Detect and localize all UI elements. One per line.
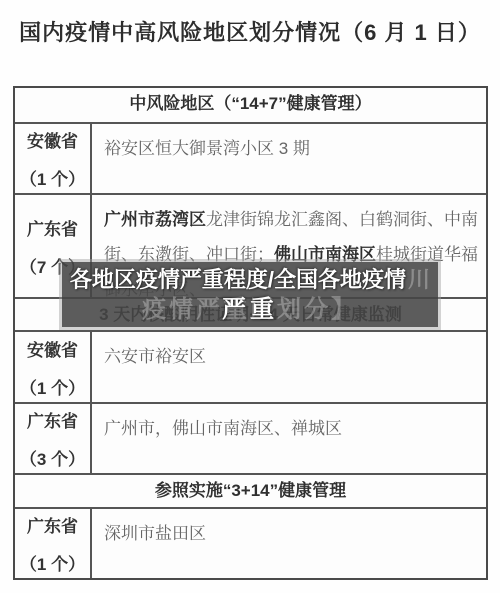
area-text: 广州市，佛山市南海区、禅城区 [104, 419, 342, 438]
area-text: 六安市裕安区 [104, 347, 206, 366]
risk-area-table: 中风险地区（“14+7”健康管理） 安徽省 （1 个） 裕安区恒大御景湾小区 3… [13, 86, 488, 580]
province-name: 广东省 [27, 512, 78, 537]
overlay-title-text-line2: 严重 [222, 296, 278, 323]
area-text-city: 广州市荔湾区 [104, 210, 206, 229]
overlay-line2: 疫情严重区划分】 严重 [62, 294, 438, 325]
table-row-anhui-2: 安徽省 （1 个） 六安市裕安区 [15, 330, 486, 402]
area-text: 裕安区恒大御景湾小区 3 期 [104, 139, 310, 158]
area-cell: 六安市裕安区 [92, 332, 486, 402]
province-name: 广东省 [27, 407, 78, 432]
section-header-medium-risk: 中风险地区（“14+7”健康管理） [15, 88, 486, 122]
overlay-title-text: 各地区疫情严重程度/全国各地疫情 [70, 267, 406, 292]
area-text: 深圳市盐田区 [104, 524, 206, 543]
video-caption-overlay: 各地区疫情严重程度/全国各地疫情川 疫情严重区划分】 严重 [62, 262, 438, 327]
province-count: （1 个） [20, 374, 85, 399]
province-name: 广东省 [27, 215, 78, 240]
section-header-3plus14: 参照实施“3+14”健康管理 [15, 473, 486, 507]
table-row-anhui-1: 安徽省 （1 个） 裕安区恒大御景湾小区 3 期 [15, 122, 486, 193]
area-cell: 深圳市盐田区 [92, 509, 486, 578]
document-page: 国内疫情中高风险地区划分情况（6 月 1 日） 中风险地区（“14+7”健康管理… [0, 0, 500, 593]
area-cell: 裕安区恒大御景湾小区 3 期 [92, 124, 486, 193]
province-count: （1 个） [20, 550, 85, 575]
overlay-ghost-fragment: 川 [408, 267, 430, 292]
province-count: （1 个） [20, 165, 85, 190]
province-cell: 安徽省 （1 个） [15, 332, 92, 402]
area-cell: 广州市，佛山市南海区、禅城区 [92, 404, 486, 473]
province-count: （3 个） [20, 445, 85, 470]
overlay-line1: 各地区疫情严重程度/全国各地疫情川 [62, 265, 438, 294]
table-row-guangdong-1: 广东省 （1 个） 深圳市盐田区 [15, 507, 486, 578]
page-title: 国内疫情中高风险地区划分情况（6 月 1 日） [0, 16, 500, 47]
province-cell: 广东省 （1 个） [15, 509, 92, 578]
province-cell: 广东省 （3 个） [15, 404, 92, 473]
province-cell: 安徽省 （1 个） [15, 124, 92, 193]
table-row-guangdong-3: 广东省 （3 个） 广州市，佛山市南海区、禅城区 [15, 402, 486, 473]
province-name: 安徽省 [27, 127, 78, 152]
province-name: 安徽省 [27, 336, 78, 361]
